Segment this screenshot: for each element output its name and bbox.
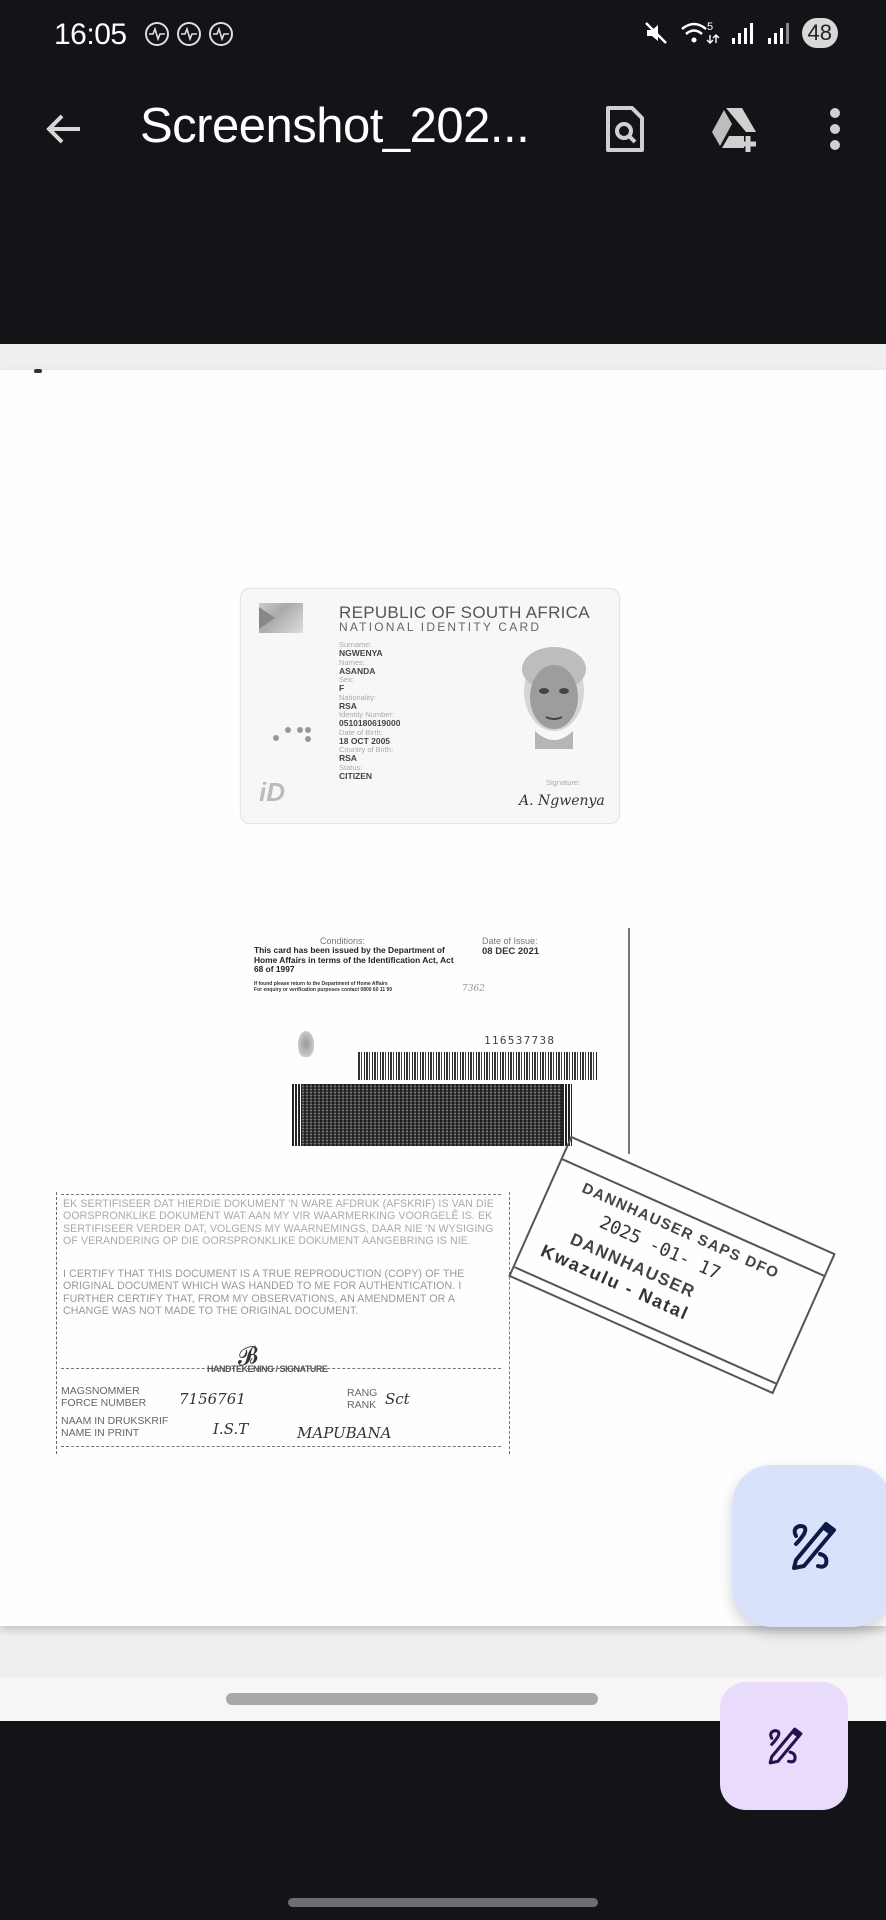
notification-icons [145, 22, 233, 46]
horizontal-scrollbar[interactable] [226, 1693, 598, 1705]
field-label: Country of Birth: [339, 746, 509, 754]
scan-mark [34, 369, 42, 373]
name-value: MAPUBANA [297, 1424, 391, 1442]
name-label: NAAM IN DRUKSKRIF NAME IN PRINT [61, 1416, 168, 1439]
system-icons: 5 48 [642, 18, 838, 48]
label-en: FORCE NUMBER [61, 1398, 146, 1410]
fine-print-line: For enquiry or verification purposes con… [254, 987, 454, 993]
annotate-button[interactable] [732, 1465, 886, 1627]
id-card-back: Conditions: This card has been issued by… [240, 928, 630, 1154]
status-bar: 16:05 5 48 [0, 0, 886, 70]
holder-signature: A. Ngwenya [519, 793, 605, 809]
draw-annotate-icon [761, 1723, 807, 1769]
card-number: 116537738 [484, 1034, 555, 1047]
barcode-2d [292, 1084, 572, 1146]
arrow-left-icon [40, 105, 88, 153]
field-value: RSA [339, 754, 509, 764]
field-value: ASANDA [339, 667, 509, 677]
activity-icon [209, 22, 233, 46]
issue-date-value: 08 DEC 2021 [482, 946, 539, 957]
conditions-text: This card has been issued by the Departm… [254, 946, 454, 975]
id-logo: iD [259, 777, 285, 808]
signature-caption: HANDTEKENING / SIGNATURE [207, 1364, 387, 1376]
wifi-icon: 5 [680, 19, 720, 47]
id-photo [513, 639, 595, 759]
label-af: MAGSNOMMER [61, 1386, 146, 1398]
certification-english: I CERTIFY THAT THIS DOCUMENT IS A TRUE R… [63, 1268, 503, 1317]
back-button[interactable] [40, 105, 88, 153]
signal-icon [730, 20, 756, 46]
id-fields: Surname: NGWENYA Names: ASANDA Sex: F Na… [339, 641, 509, 781]
home-indicator[interactable] [288, 1898, 598, 1907]
activity-icon [145, 22, 169, 46]
label-af: RANG [347, 1388, 377, 1400]
add-to-drive-button[interactable] [708, 102, 762, 156]
barcode-1d [358, 1052, 598, 1080]
rank-value: Sct [385, 1390, 410, 1408]
divider [61, 1446, 501, 1447]
clock: 16:05 [54, 18, 127, 52]
id-card-subtitle: NATIONAL IDENTITY CARD [339, 620, 541, 634]
field-value: CITIZEN [339, 772, 509, 782]
mute-icon [642, 19, 670, 47]
document-title: Screenshot_202... [140, 98, 529, 154]
lens-search-button[interactable] [598, 102, 652, 156]
divider [61, 1194, 501, 1195]
label-en: NAME IN PRINT [61, 1428, 168, 1440]
signal-icon [766, 20, 792, 46]
id-card-front: REPUBLIC OF SOUTH AFRICA NATIONAL IDENTI… [240, 588, 620, 824]
issue-date-label: Date of Issue: [482, 936, 538, 946]
handwritten-code: 7362 [462, 984, 485, 994]
force-number-value: 7156761 [179, 1390, 246, 1408]
draw-annotate-icon [782, 1516, 842, 1576]
force-number-label: MAGSNOMMER FORCE NUMBER [61, 1386, 146, 1409]
certification-afrikaans: EK SERTIFISEER DAT HIERDIE DOKUMENT 'N W… [63, 1198, 503, 1247]
signature-label: Signature: [546, 778, 580, 787]
certification-block: EK SERTIFISEER DAT HIERDIE DOKUMENT 'N W… [56, 1192, 510, 1454]
wifi-badge: 5 [707, 21, 713, 33]
app-bar: Screenshot_202... [0, 70, 886, 185]
battery-indicator: 48 [802, 18, 838, 48]
field-label: Sex: [339, 676, 509, 684]
rank-label: RANG RANK [347, 1388, 377, 1411]
drive-add-icon [708, 102, 762, 156]
more-options-button[interactable] [808, 102, 862, 156]
lens-search-icon [598, 102, 652, 156]
label-en: RANK [347, 1400, 377, 1412]
braille-dots [271, 723, 311, 743]
activity-icon [177, 22, 201, 46]
flag-icon [259, 603, 303, 633]
name-initials: I.S.T [213, 1420, 248, 1438]
field-label: Nationality: [339, 694, 509, 702]
annotate-button-secondary[interactable] [720, 1682, 848, 1810]
more-vert-icon [808, 102, 862, 156]
ghost-photo [298, 1031, 314, 1057]
label-af: NAAM IN DRUKSKRIF [61, 1416, 168, 1428]
fine-print: If found please return to the Department… [254, 981, 454, 993]
